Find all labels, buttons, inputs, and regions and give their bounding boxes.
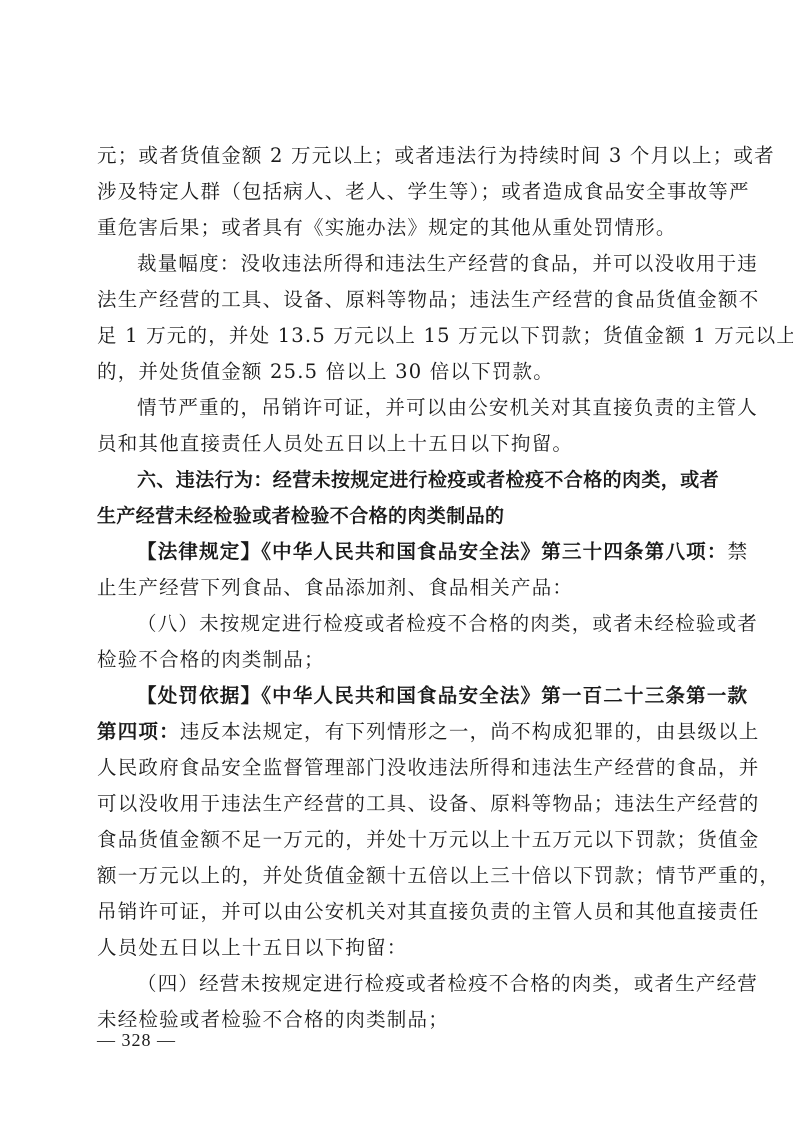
text-line: 额一万元以上的，并处货值金额十五倍以上三十倍以下罚款；情节严重的， — [97, 858, 695, 894]
heading-line: 六、违法行为：经营未按规定进行检疫或者检疫不合格的肉类，或者 — [97, 462, 695, 498]
text-line: 人民政府食品安全监督管理部门没收违法所得和违法生产经营的食品，并 — [97, 750, 695, 786]
text-line: 可以没收用于违法生产经营的工具、设备、原料等物品；违法生产经营的 — [97, 786, 695, 822]
paragraph-discretion-range: 裁量幅度：没收违法所得和违法生产经营的食品，并可以没收用于违 法生产经营的工具、… — [97, 246, 695, 390]
text-line: 情节严重的，吊销许可证，并可以由公安机关对其直接负责的主管人 — [97, 390, 695, 426]
section-heading-6: 六、违法行为：经营未按规定进行检疫或者检疫不合格的肉类，或者 生产经营未经检验或… — [97, 462, 695, 534]
text-line: 止生产经营下列食品、食品添加剂、食品相关产品： — [97, 570, 695, 606]
text-line: 食品货值金额不足一万元的，并处十万元以上十五万元以下罚款；货值金 — [97, 822, 695, 858]
paragraph-item-eight: （八）未按规定进行检疫或者检疫不合格的肉类，或者未经检验或者 检验不合格的肉类制… — [97, 606, 695, 678]
legal-provision-label: 【法律规定】《中华人民共和国食品安全法》第三十四条第八项： — [137, 540, 728, 563]
text-line: 裁量幅度：没收违法所得和违法生产经营的食品，并可以没收用于违 — [97, 246, 695, 282]
text-line: 法生产经营的工具、设备、原料等物品；违法生产经营的食品货值金额不 — [97, 282, 695, 318]
page-number: — 328 — — [97, 1030, 176, 1051]
text-line: （八）未按规定进行检疫或者检疫不合格的肉类，或者未经检验或者 — [97, 606, 695, 642]
penalty-basis-item-label: 第四项： — [97, 720, 180, 743]
text-line: 足 1 万元的，并处 13.5 万元以上 15 万元以下罚款；货值金额 1 万元… — [97, 318, 695, 354]
text-span: 禁 — [728, 540, 749, 563]
text-line: 涉及特定人群（包括病人、老人、学生等）；或者造成食品安全事故等严 — [97, 174, 695, 210]
text-line: 吊销许可证，并可以由公安机关对其直接负责的主管人员和其他直接责任 — [97, 894, 695, 930]
heading-line: 生产经营未经检验或者检验不合格的肉类制品的 — [97, 498, 695, 534]
text-line: 第四项：违反本法规定，有下列情形之一，尚不构成犯罪的，由县级以上 — [97, 714, 695, 750]
text-line: 【法律规定】《中华人民共和国食品安全法》第三十四条第八项：禁 — [97, 534, 695, 570]
text-line: 重危害后果；或者具有《实施办法》规定的其他从重处罚情形。 — [97, 210, 695, 246]
paragraph-penalty-basis: 【处罚依据】《中华人民共和国食品安全法》第一百二十三条第一款 第四项：违反本法规… — [97, 678, 695, 966]
paragraph-item-four: （四）经营未按规定进行检疫或者检疫不合格的肉类，或者生产经营 未经检验或者检验不… — [97, 966, 695, 1038]
text-line: 人员处五日以上十五日以下拘留： — [97, 930, 695, 966]
paragraph-aggravating-circumstances: 元；或者货值金额 2 万元以上；或者违法行为持续时间 3 个月以上；或者 涉及特… — [97, 138, 695, 246]
text-line: 元；或者货值金额 2 万元以上；或者违法行为持续时间 3 个月以上；或者 — [97, 138, 695, 174]
text-line: （四）经营未按规定进行检疫或者检疫不合格的肉类，或者生产经营 — [97, 966, 695, 1002]
document-page: 元；或者货值金额 2 万元以上；或者违法行为持续时间 3 个月以上；或者 涉及特… — [97, 138, 695, 1038]
paragraph-legal-provision: 【法律规定】《中华人民共和国食品安全法》第三十四条第八项：禁 止生产经营下列食品… — [97, 534, 695, 606]
text-line: 未经检验或者检验不合格的肉类制品； — [97, 1002, 695, 1038]
text-line: 的，并处货值金额 25.5 倍以上 30 倍以下罚款。 — [97, 354, 695, 390]
text-line: 员和其他直接责任人员处五日以上十五日以下拘留。 — [97, 426, 695, 462]
text-line: 检验不合格的肉类制品； — [97, 642, 695, 678]
text-span: 违反本法规定，有下列情形之一，尚不构成犯罪的，由县级以上 — [180, 720, 760, 743]
paragraph-serious-circumstances: 情节严重的，吊销许可证，并可以由公安机关对其直接负责的主管人 员和其他直接责任人… — [97, 390, 695, 462]
penalty-basis-label: 【处罚依据】《中华人民共和国食品安全法》第一百二十三条第一款 — [97, 678, 695, 714]
